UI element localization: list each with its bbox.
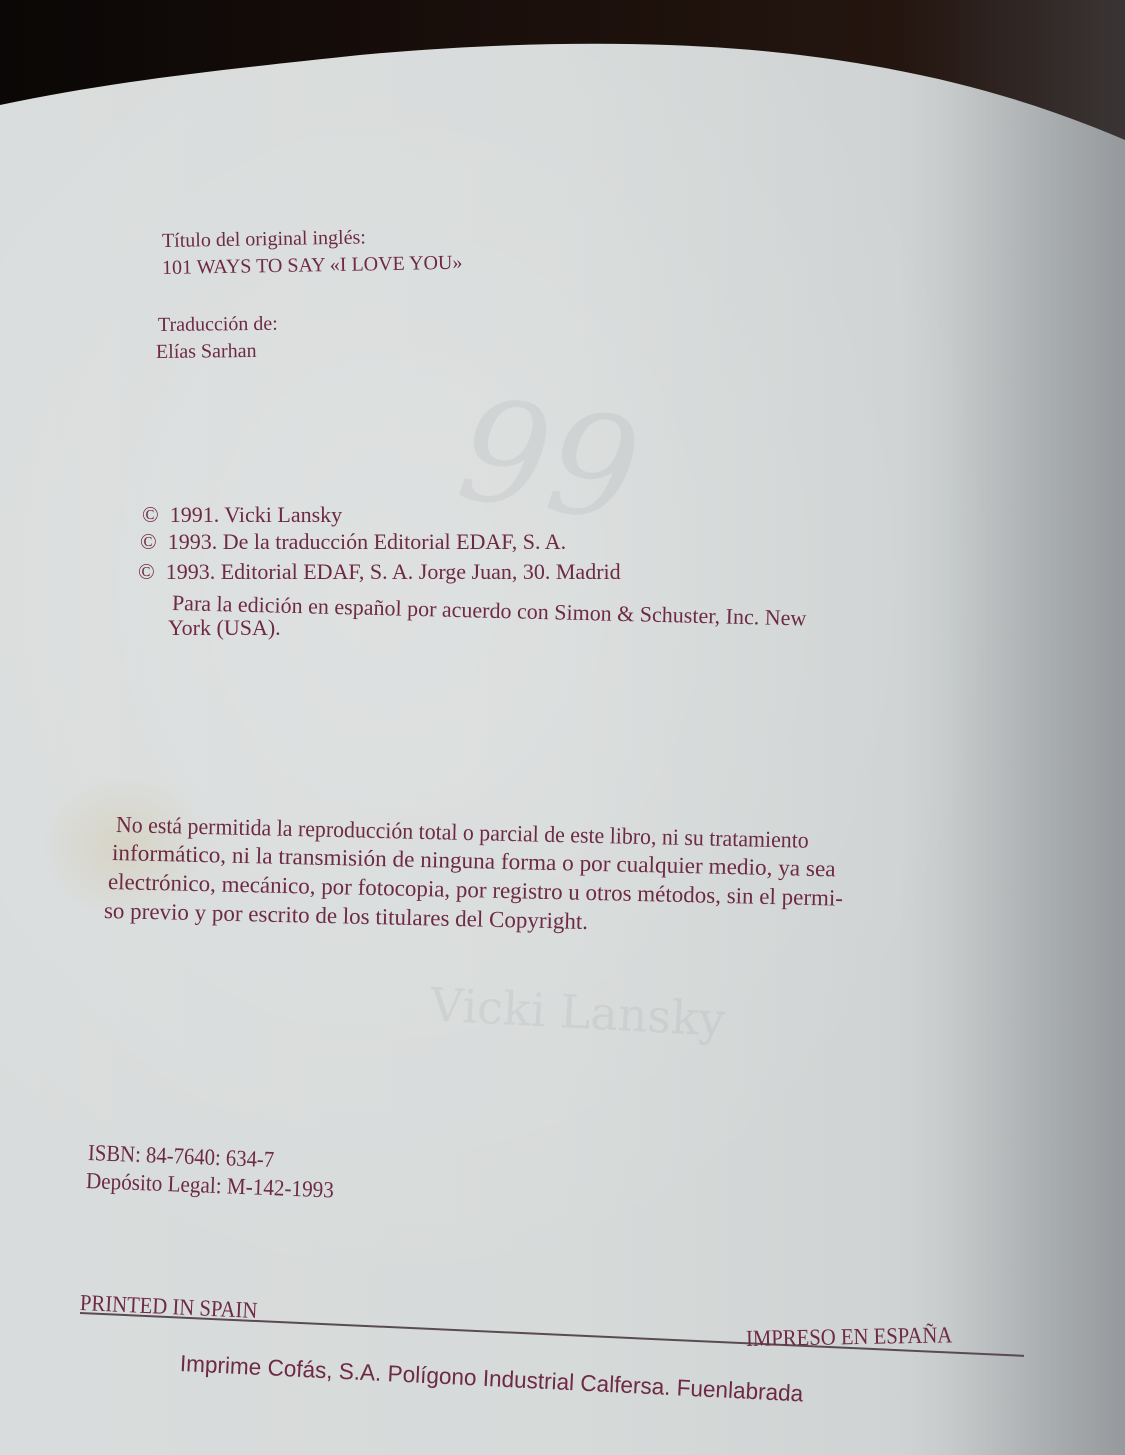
copyright-line-3: © 1993. Editorial EDAF, S. A. Jorge Juan… [138, 559, 621, 585]
show-through-number: 99 [450, 368, 649, 554]
edition-note-line-2: York (USA). [168, 615, 281, 641]
translator-name: Elías Sarhan [156, 340, 257, 364]
copyright-line-1: © 1991. Vicki Lansky [142, 502, 342, 528]
printer-info: Imprime Cofás, S.A. Polígono Industrial … [179, 1350, 803, 1407]
original-title: 101 WAYS TO SAY «I LOVE YOU» [162, 252, 463, 280]
copyright-line-2: © 1993. De la traducción Editorial EDAF,… [140, 529, 566, 555]
deposito-legal: Depósito Legal: M-142-1993 [86, 1168, 335, 1204]
show-through-author: Vicki Lansky [429, 977, 727, 1046]
copyright-icon: © [140, 529, 157, 554]
original-title-label: Título del original inglés: [162, 226, 366, 253]
book-page: 99 Vicki Lansky Título del original ingl… [0, 0, 1125, 1455]
page-curl-shadow [945, 0, 1125, 1455]
copyright-icon: © [138, 559, 155, 584]
translation-label: Traducción de: [158, 313, 278, 337]
copyright-icon: © [142, 502, 159, 527]
impreso-en-espana: IMPRESO EN ESPAÑA [746, 1322, 953, 1352]
